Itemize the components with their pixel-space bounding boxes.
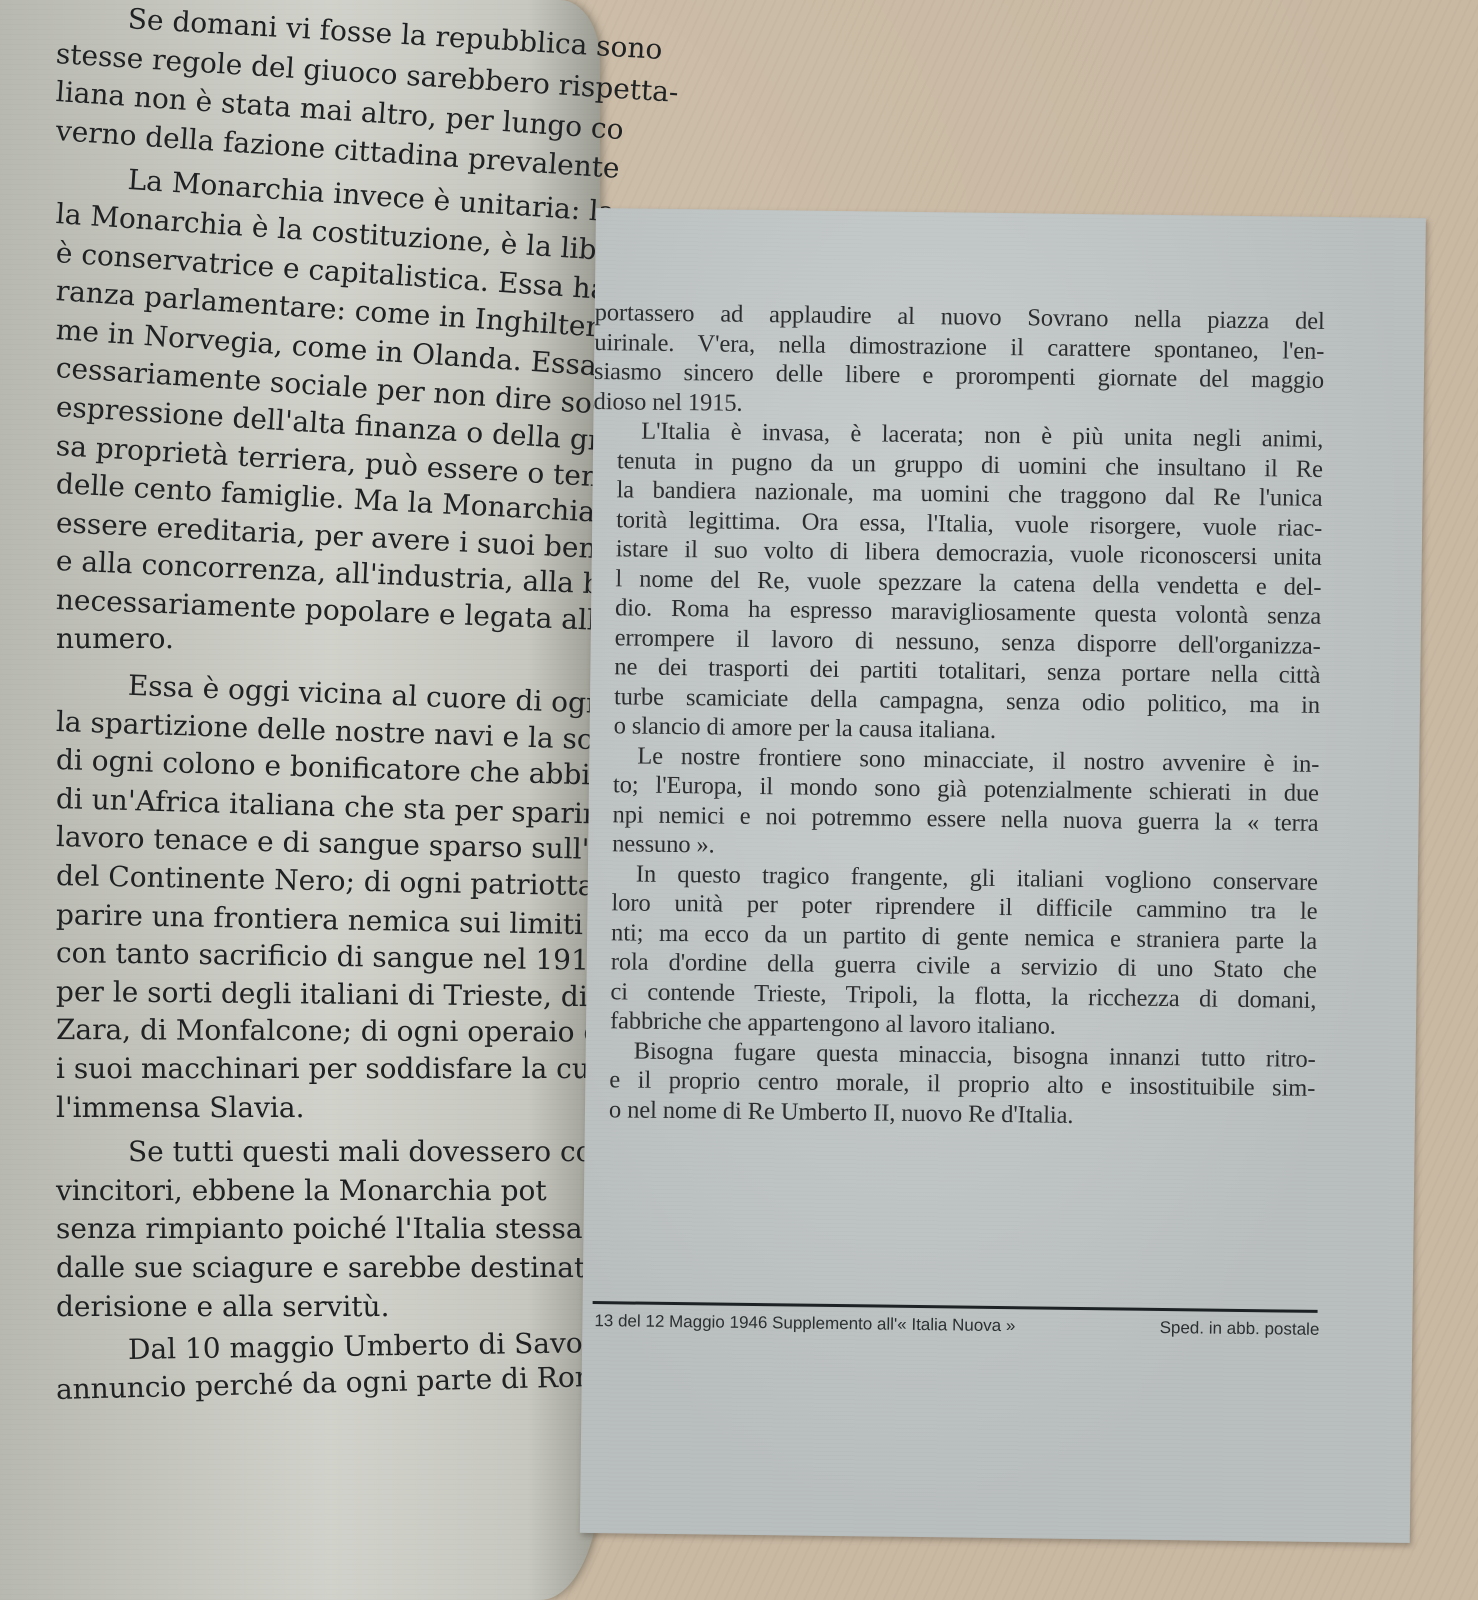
paragraph: L'Italia è invasa, è lacerata; non è più… <box>589 416 1323 749</box>
footer: 13 del 12 Maggio 1946 Supplemento all'« … <box>594 1311 1319 1340</box>
left-page: Se domani vi fosse la repubblica sonoste… <box>0 0 600 1600</box>
text-line: derisione e alla servitù. <box>56 1288 616 1327</box>
footer-postal: Sped. in abb. postale <box>1160 1318 1320 1340</box>
text-line: Zara, di Monfalcone; di ogni operaio che <box>56 1011 616 1052</box>
right-page-text: portassero ad applaudire al nuovo Sovran… <box>585 298 1325 1133</box>
footer-rule <box>593 1301 1318 1313</box>
text-line: i suoi macchinari per soddisfare la cupi… <box>56 1050 616 1089</box>
text-line: senza rimpianto poiché l'Italia stessa n <box>56 1210 616 1249</box>
text-line: l'immensa Slavia. <box>56 1089 616 1128</box>
paragraph-gap <box>56 658 616 664</box>
footer-issue: 13 del 12 Maggio 1946 Supplemento all'« … <box>594 1311 1015 1336</box>
paragraph: Bisogna fugare questa minaccia, bisogna … <box>585 1035 1316 1132</box>
text-line: Se tutti questi mali dovessero colpire <box>56 1133 616 1172</box>
text-line: per le sorti degli italiani di Trieste, … <box>56 973 616 1017</box>
text-line: numero. <box>56 620 616 659</box>
paragraph: portassero ad applaudire al nuovo Sovran… <box>593 298 1324 425</box>
text-line: dalle sue sciagure e sarebbe destinata a… <box>56 1249 616 1288</box>
right-page: portassero ad applaudire al nuovo Sovran… <box>580 208 1426 1543</box>
text-line: vincitori, ebbene la Monarchia pot <box>56 1172 616 1211</box>
paragraph: In questo tragico frangente, gli italian… <box>586 858 1318 1044</box>
paragraph: Le nostre frontiere sono minacciate, il … <box>588 740 1319 867</box>
left-page-text: Se domani vi fosse la repubblica sonoste… <box>56 0 616 1409</box>
